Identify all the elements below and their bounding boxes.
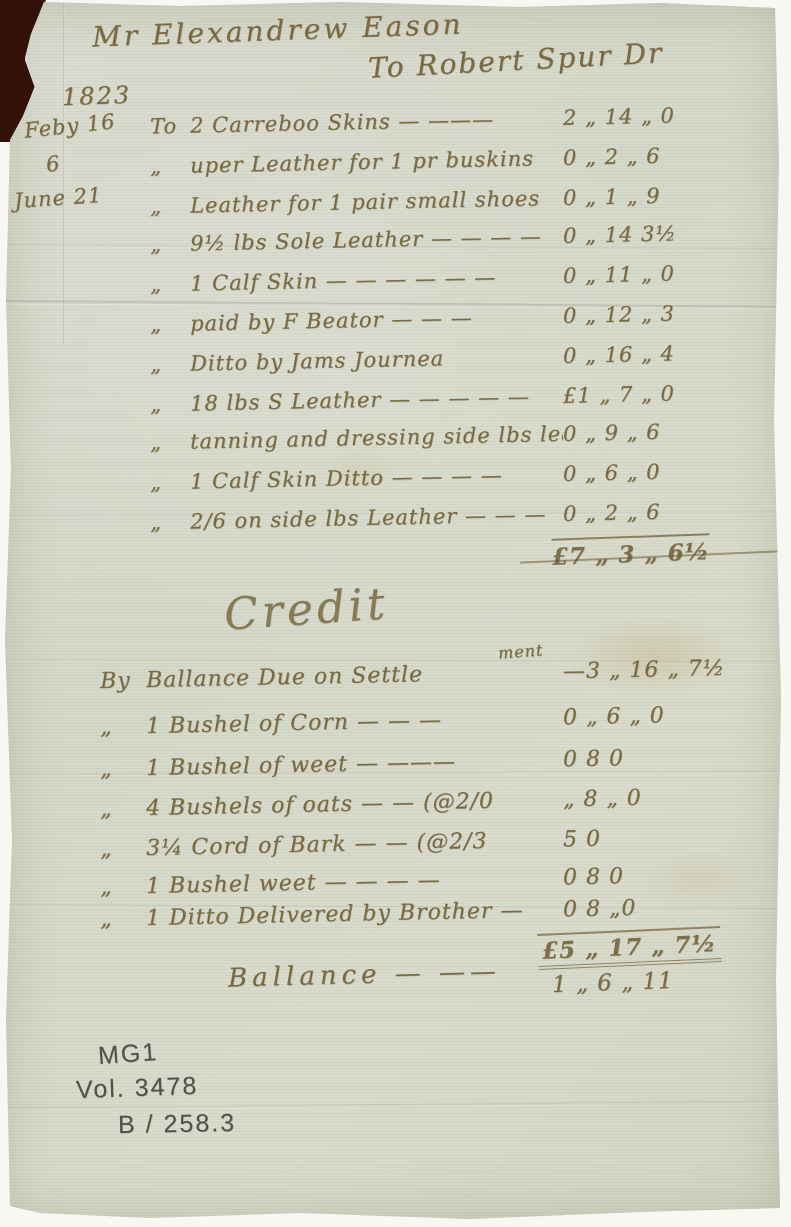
row-prefix: „ <box>150 312 190 337</box>
row-description: 1 Bushel weet — — — — <box>146 865 563 899</box>
paper-sheet: Mr Elexandrew Eason To Robert Spur Dr 18… <box>0 0 786 1222</box>
archival-mark-volume: Vol. 3478 <box>76 1072 199 1105</box>
row-description: 1 Bushel of weet — ——— <box>146 747 563 781</box>
row-prefix: „ <box>100 756 147 782</box>
credit-total: £5 „ 17 „ 7½ <box>537 926 721 970</box>
row-prefix: „ <box>150 232 190 257</box>
ledger-row: „ Ditto by Jams Journea 0 „ 16 „ 4 <box>150 340 768 377</box>
ledger-row: „ 3¼ Cord of Bark — — (@2/3 5 0 <box>100 823 768 862</box>
row-prefix: „ <box>150 154 190 179</box>
row-prefix: „ <box>100 874 147 900</box>
row-amount: 0 „ 11 „ 0 <box>563 260 768 288</box>
row-amount: „ 8 „ 0 <box>563 783 768 812</box>
row-description: 3¼ Cord of Bark — — (@2/3 <box>146 827 563 861</box>
row-amount: 0 „ 6 „ 0 <box>563 458 768 486</box>
ledger-row: „ 1 Calf Skin — — — — — — 0 „ 11 „ 0 <box>150 260 768 297</box>
row-description: 18 lbs S Leather — — — — — <box>190 384 563 416</box>
row-prefix: „ <box>150 352 190 377</box>
row-description: 4 Bushels of oats — — (@2/0 <box>146 787 563 821</box>
row-description: tanning and dressing side lbs lea <box>190 422 563 454</box>
ledger-row: „ 1 Bushel of Corn — — — 0 „ 6 „ 0 <box>100 701 768 740</box>
row-description: 2 Carreboo Skins — ——— <box>190 106 563 138</box>
ledger-row: To 2 Carreboo Skins — ——— 2 „ 14 „ 0 <box>150 102 768 139</box>
row-description: Ditto by Jams Journea <box>190 344 563 376</box>
row-prefix: „ <box>150 194 190 219</box>
row-prefix: „ <box>150 470 190 495</box>
ledger-row: „ 1 Ditto Delivered by Brother — 0 8 „0 <box>100 893 768 932</box>
ledger-row: „ 2/6 on side lbs Leather — — — 0 „ 2 „ … <box>150 498 768 535</box>
fold-crease-vertical <box>63 0 65 345</box>
margin-date: 6 <box>44 151 62 177</box>
debtor-name: Mr Elexandrew Eason <box>92 8 465 54</box>
ledger-row: „ Leather for 1 pair small shoes 0 „ 1 „… <box>150 182 768 219</box>
row-amount: 0 8 „0 <box>563 893 768 922</box>
margin-date: June 21 <box>13 183 103 213</box>
row-amount: 0 8 0 <box>563 861 768 890</box>
row-prefix: „ <box>150 510 190 535</box>
row-prefix: „ <box>100 906 147 932</box>
row-description: 1 Bushel of Corn — — — <box>146 705 563 739</box>
row-description: 1 Calf Skin Ditto — — — — <box>190 462 563 494</box>
row-amount: 5 0 <box>563 823 768 852</box>
row-amount: 0 „ 2 „ 6 <box>563 142 768 170</box>
archival-mark-reference: B / 258.3 <box>118 1109 237 1140</box>
row-description: Leather for 1 pair small shoes <box>190 186 563 218</box>
ledger-row: „ tanning and dressing side lbs lea 0 „ … <box>150 418 768 455</box>
row-description: 1 Calf Skin — — — — — — <box>190 264 563 296</box>
row-amount: —3 „ 16 „ 7½ <box>563 655 768 684</box>
row-prefix: „ <box>150 272 190 297</box>
row-description: paid by F Beator — — — <box>190 304 563 336</box>
row-description: 9½ lbs Sole Leather — — — — <box>190 224 563 256</box>
creditor-name: To Robert Spur Dr <box>367 36 664 84</box>
ledger-row: „ 9½ lbs Sole Leather — — — — 0 „ 14 3½ <box>150 220 768 257</box>
row-amount: 0 8 0 <box>563 743 768 772</box>
debit-total: £7 „ 3 „ 6½ <box>551 533 710 570</box>
row-description: 2/6 on side lbs Leather — — — <box>190 502 563 534</box>
archival-mark-fonds: MG1 <box>97 1038 159 1071</box>
ballance-label: Ballance — —— <box>228 956 502 993</box>
row-amount: 0 „ 14 3½ <box>563 220 768 248</box>
credit-section-heading: Credit <box>222 578 390 640</box>
ledger-row: „ 4 Bushels of oats — — (@2/0 „ 8 „ 0 <box>100 783 768 822</box>
row-prefix: „ <box>100 714 147 740</box>
row-prefix: To <box>150 114 190 139</box>
row-prefix: „ <box>100 796 147 822</box>
row-description: uper Leather for 1 pr buskins <box>190 146 563 178</box>
row-prefix: „ <box>150 392 190 417</box>
margin-date: Feby 16 <box>23 109 117 142</box>
row-amount: 0 „ 9 „ 6 <box>563 418 768 446</box>
row-amount: £1 „ 7 „ 0 <box>563 380 768 408</box>
row-amount: 2 „ 14 „ 0 <box>563 102 768 130</box>
row-description: 1 Ditto Delivered by Brother — <box>146 897 563 931</box>
row-prefix: „ <box>100 836 147 862</box>
ballance-amount: 1 „ 6 „ 11 <box>552 968 674 998</box>
row-amount: 0 „ 12 „ 3 <box>563 300 768 328</box>
year-label: 1823 <box>62 81 132 111</box>
row-amount: 0 „ 2 „ 6 <box>563 498 768 526</box>
row-prefix: By <box>100 668 147 694</box>
ledger-row: „ 18 lbs S Leather — — — — — £1 „ 7 „ 0 <box>150 380 768 417</box>
ledger-row: „ 1 Bushel of weet — ——— 0 8 0 <box>100 743 768 782</box>
row-description: Ballance Due on Settle <box>146 659 563 693</box>
ledger-row: „ uper Leather for 1 pr buskins 0 „ 2 „ … <box>150 142 768 179</box>
row-prefix: „ <box>150 430 190 455</box>
row-amount: 0 „ 16 „ 4 <box>563 340 768 368</box>
ledger-row: „ 1 Calf Skin Ditto — — — — 0 „ 6 „ 0 <box>150 458 768 495</box>
row-amount: 0 „ 6 „ 0 <box>563 701 768 730</box>
row-amount: 0 „ 1 „ 9 <box>563 182 768 210</box>
